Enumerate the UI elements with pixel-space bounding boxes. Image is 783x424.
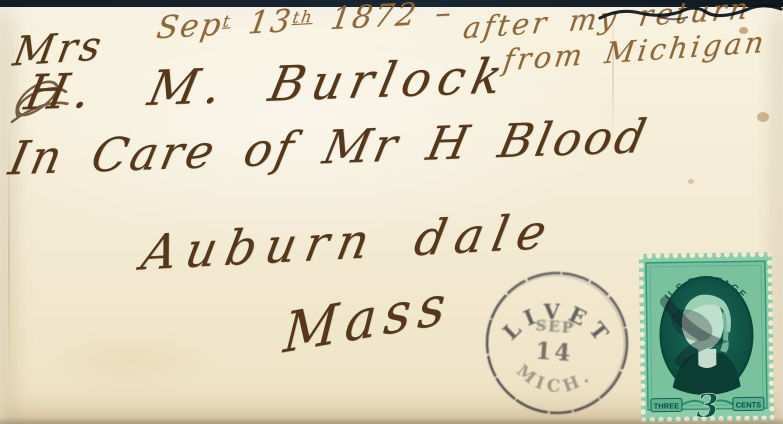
stamp-three-text: THREE xyxy=(654,401,680,410)
crossed-out-initial: H. xyxy=(20,63,103,122)
ink-loop-scribble-icon xyxy=(6,69,90,130)
stamp-denomination-text: 3 xyxy=(696,387,719,422)
postmark: LIVET SEP 14 MICH. xyxy=(479,265,635,421)
postmark-month-text: SEP xyxy=(535,316,576,337)
scanned-envelope-photo: Sept 13th 1872 – after my return from Mi… xyxy=(0,0,783,424)
name-rest: M. Burlock xyxy=(143,48,514,117)
address-care-of-line: In Care of Mr H Blood xyxy=(4,109,653,186)
annotation-date-month: Sep xyxy=(154,7,225,47)
top-edge-ink-scribble-icon xyxy=(598,0,783,26)
postage-stamp: U.S.POSTAGE THREE CENTS 3 xyxy=(639,252,774,422)
envelope-paper: Sept 13th 1872 – after my return from Mi… xyxy=(0,7,783,424)
address-state-line: Mass xyxy=(281,271,454,365)
stamp-cents-text: CENTS xyxy=(736,400,762,409)
svg-text:MICH.: MICH. xyxy=(511,360,598,400)
foxing-stain xyxy=(757,112,769,122)
postmark-day-text: 14 xyxy=(534,338,574,368)
annotation-date: Sept 13th 1872 – xyxy=(154,0,456,46)
foxing-stain xyxy=(688,179,694,184)
annotation-date-year: 1872 – xyxy=(310,0,456,38)
annotation-date-day: 13 xyxy=(228,3,295,43)
postmark-state-text: MICH. xyxy=(511,360,598,400)
paper-discoloration xyxy=(40,327,220,397)
